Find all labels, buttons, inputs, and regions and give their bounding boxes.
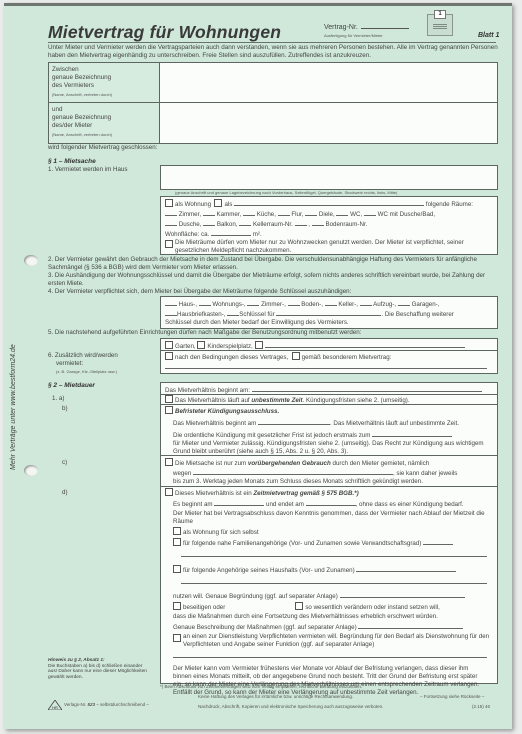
count-input[interactable] (165, 209, 177, 216)
house-address-input[interactable] (160, 165, 498, 190)
key-for-input[interactable] (276, 309, 381, 316)
d-household-input[interactable] (356, 565, 456, 572)
s1-item4: 4. Der Vermieter verpflichtet sich, dem … (48, 288, 496, 296)
als-input[interactable] (234, 199, 424, 206)
b-start-date-input[interactable] (258, 418, 330, 425)
d-reason-input[interactable] (340, 591, 465, 598)
copy-for-label: Ausfertigung für Vermieter/Mieter (324, 33, 383, 38)
d-family-input[interactable] (423, 538, 453, 545)
d-service-checkbox[interactable] (173, 634, 181, 642)
s1-item3: 3. Die Aushändigung der Wohnungsschlüsse… (48, 272, 496, 288)
count-input[interactable] (247, 299, 259, 306)
separate-contract-checkbox[interactable] (292, 352, 300, 360)
count-input[interactable] (312, 219, 324, 226)
option-b-label: b) (62, 405, 68, 413)
stamp-number: 1 (434, 10, 446, 19)
als-checkbox[interactable] (214, 199, 222, 207)
other-facility-checkbox[interactable] (255, 341, 263, 349)
option-d: Dieses Mietverhältnis ist ein Zeitmietve… (165, 488, 493, 697)
side-website-text: Mehr Verträge unter www.bestform24.de (10, 344, 17, 470)
count-input[interactable] (336, 209, 348, 216)
d-self-use-checkbox[interactable] (173, 527, 181, 535)
d-household-checkbox[interactable] (173, 565, 181, 573)
other-facility-input[interactable] (265, 341, 465, 348)
continued-note: – Fortsetzung siehe Rückseite – (420, 694, 484, 699)
tenant-hint: (Name, Anschrift, vertreten durch) (49, 130, 159, 139)
contract-conditions-checkbox[interactable] (165, 352, 173, 360)
option-a-checkbox[interactable] (165, 395, 173, 403)
header-divider (48, 42, 496, 43)
option-c-label: c) (62, 459, 67, 467)
als-wohnung-checkbox[interactable] (165, 199, 173, 207)
punch-hole (24, 465, 38, 476)
parties-box: Zwischengenaue Bezeichnungdes Vermieters… (48, 62, 498, 144)
punch-hole (24, 255, 38, 266)
count-input[interactable] (203, 219, 215, 226)
count-input[interactable] (278, 209, 290, 216)
sheet-number: Blatt 1 (478, 32, 499, 39)
disclaimer-1: Keine Haftung des Verlages für irrtümlic… (198, 694, 353, 699)
svg-text:HR: HR (52, 705, 58, 710)
s1-item2: 2. Der Vermieter gewährt den Gebrauch de… (48, 256, 496, 272)
landlord-hint: (Name, Anschrift, vertreten durch) (49, 90, 159, 99)
publisher-logo-icon: HR (48, 697, 62, 707)
keys-box: Haus-, Wohnungs-, Zimmer-, Boden-, Kelle… (160, 296, 498, 329)
d-family-input-2[interactable] (181, 550, 487, 557)
d-remove-checkbox[interactable] (173, 602, 181, 610)
count-input[interactable] (243, 209, 255, 216)
duration-box: Das Mietverhältnis beginnt am: Das Mietv… (160, 382, 498, 684)
option-c-checkbox[interactable] (165, 458, 173, 466)
option-d-label: d) (62, 489, 68, 497)
count-input[interactable] (360, 299, 372, 306)
section-2-heading: § 2 – Mietdauer (48, 382, 95, 389)
garden-checkbox[interactable] (165, 341, 173, 349)
contract-closing-text: wird folgender Mietvertrag geschlossen: (48, 144, 157, 152)
count-input[interactable] (203, 209, 215, 216)
contract-number-label: Vertrag-Nr. (324, 24, 358, 31)
s1-item6-label: 6. Zusätzlich wird/werdenvermietet: (48, 352, 118, 368)
footnote: *) Beim Abschluss von Zeitmietverträgen … (160, 684, 362, 689)
contract-number-field[interactable]: Vertrag-Nr. (324, 24, 409, 31)
landlord-input[interactable] (160, 63, 497, 102)
extension-clause-text: Der Mieter kann vom Vermieter frühestens… (165, 665, 483, 697)
c-reason-input[interactable] (193, 468, 393, 475)
hint-box: Hinweis zu § 2, Absatz 1:Die Buchstaben … (48, 658, 148, 680)
count-input[interactable] (199, 299, 211, 306)
living-area-input[interactable] (211, 229, 251, 236)
section-1-heading: § 1 – Mietsache (48, 158, 96, 165)
count-input[interactable] (288, 299, 300, 306)
playground-checkbox[interactable] (197, 341, 205, 349)
count-input[interactable] (305, 209, 317, 216)
count-input[interactable] (165, 299, 177, 306)
count-input[interactable] (165, 219, 177, 226)
d-modify-checkbox[interactable] (295, 602, 303, 610)
count-input[interactable] (398, 299, 410, 306)
option-a-label: 1. a) (52, 395, 64, 403)
count-input[interactable] (239, 219, 251, 226)
additional-rental-input[interactable] (165, 362, 487, 369)
b-earliest-termination-input[interactable] (372, 430, 452, 437)
d-family-checkbox[interactable] (173, 538, 181, 546)
d-household-input-2[interactable] (181, 577, 487, 584)
keys-consent-text: Schlüssel durch den Mieter bedarf der Ei… (165, 319, 493, 327)
count-input[interactable] (325, 299, 337, 306)
s1-item1-label: 1. Vermietet werden im Haus (48, 166, 127, 174)
rooms-box: als Wohnung als folgende Räume: Zimmer, … (160, 196, 498, 255)
d-measures-input[interactable] (358, 622, 463, 629)
publisher-number: Verlags-Nr. 523 – selbstdurchschreibend … (64, 702, 149, 707)
count-input[interactable] (364, 209, 376, 216)
landlord-label: Zwischengenaue Bezeichnungdes Vermieters (49, 63, 159, 90)
disclaimer-2: Nachdruck, Abschrift, Kopieren und elekt… (198, 704, 383, 709)
count-input[interactable] (295, 219, 307, 226)
d-service-input[interactable] (173, 651, 487, 658)
sheet-stamp-icon: 1 (427, 14, 453, 36)
option-d-checkbox[interactable] (165, 488, 173, 496)
page-title: Mietvertrag für Wohnungen (48, 22, 281, 43)
form-code: (2.15) 46 (472, 704, 490, 709)
facilities-box: Garten, Kinderspielplatz, nach den Bedin… (160, 338, 498, 374)
address-hint: (genaue Anschrift und genaue Lagebezeich… (175, 190, 397, 195)
intro-text: Unter Mieter und Vermieter werden die Ve… (48, 44, 498, 60)
option-c: Die Mietsache ist nur zum vorübergehende… (165, 458, 493, 486)
item6-hint: (z. B. Garage, Kfz.-Stellplatz usw.) (56, 369, 117, 374)
start-date-input[interactable] (252, 385, 482, 392)
tenant-input[interactable] (160, 103, 497, 143)
s1-item5: 5. Die nachstehend aufgeführten Einricht… (48, 329, 496, 337)
d-start-date-input[interactable] (214, 499, 264, 506)
option-b: Befristeter Kündigungsausschluss. Das Mi… (165, 406, 493, 456)
wohnzweck-checkbox[interactable] (165, 240, 173, 248)
option-b-checkbox[interactable] (165, 406, 173, 414)
d-end-date-input[interactable] (306, 499, 356, 506)
hint-title: Hinweis zu § 2, Absatz 1: (48, 658, 105, 663)
wohnzweck-text: Die Mieträume dürfen vom Mieter nur zu W… (175, 239, 493, 255)
tenant-label: undgenaue Bezeichnungdes/der Mieter (49, 103, 159, 130)
hint-body: Die Buchstaben a) bis d) schließen einan… (48, 664, 147, 680)
key-count-input[interactable] (165, 309, 177, 316)
key-count-input[interactable] (227, 309, 239, 316)
